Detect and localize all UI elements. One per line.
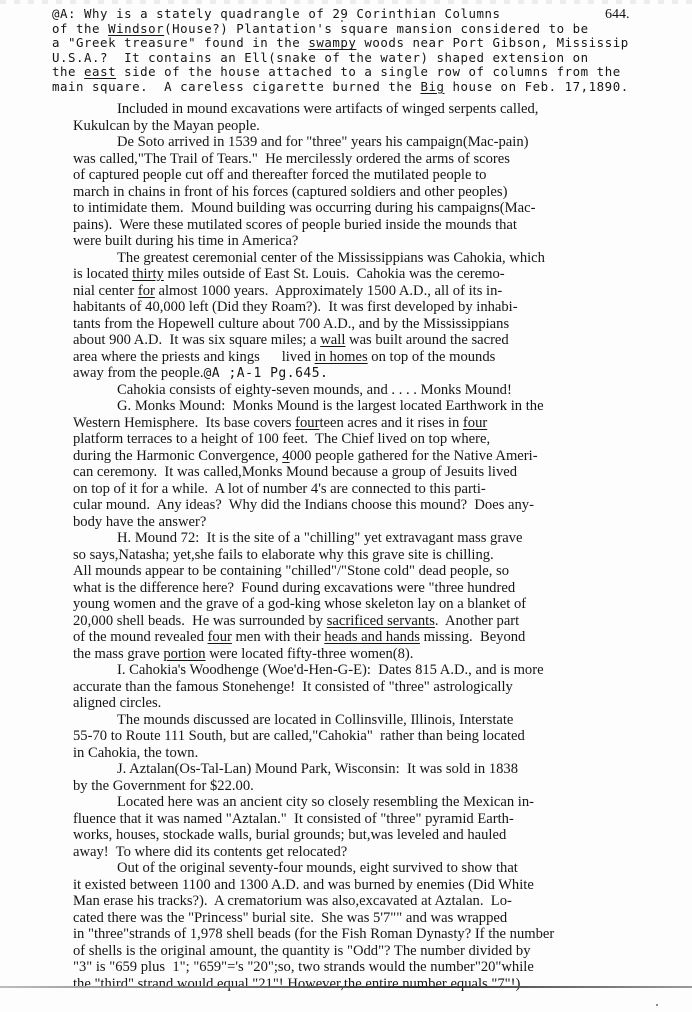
text-line: Kukulcan by the Mayan people. (73, 118, 678, 135)
text-line: habitants of 40,000 left (Did they Roam?… (73, 299, 678, 316)
text-line: fluence that it was named "Aztalan." It … (73, 811, 678, 828)
cross-reference: @A ;A-1 Pg.645. (203, 366, 328, 381)
underlined-text: thirty (132, 266, 164, 282)
text-line: area where the priests and kings lived i… (73, 349, 678, 366)
text-line: nial center for almost 1000 years. Appro… (73, 283, 678, 300)
text-line: of the Windsor(House?) Plantation's squa… (52, 22, 692, 37)
underlined-text: heads and hands (324, 629, 420, 645)
text-line: during the Harmonic Convergence, 4000 pe… (73, 448, 678, 465)
text-line: "3" is "659 plus 1"; "659"='s "20";so, t… (73, 959, 678, 976)
text-line: Out of the original seventy-four mounds,… (73, 860, 678, 877)
text-line: platform terraces to a height of 100 fee… (73, 431, 678, 448)
text-line: tants from the Hopewell culture about 70… (73, 316, 678, 333)
text-line: what is the difference here? Found durin… (73, 580, 678, 597)
header-paragraph: @A: Why is a stately quadrangle of 29 Co… (52, 7, 692, 95)
text-line: The mounds discussed are located in Coll… (73, 712, 678, 729)
text-line: of shells is the original amount, the qu… (73, 943, 678, 960)
underlined-text: four (295, 415, 319, 431)
body-text: Included in mound excavations were artif… (73, 101, 678, 992)
scan-edge (0, 0, 692, 4)
text-line: I. Cahokia's Woodhenge (Woe'd-Hen-G-E): … (73, 662, 678, 679)
text-line: H. Mound 72: It is the site of a "chilli… (73, 530, 678, 547)
text-line: young women and the grave of a god-king … (73, 596, 678, 613)
text-line: cated there was the "Princess" burial si… (73, 910, 678, 927)
text-line: 55-70 to Route 111 South, but are called… (73, 728, 678, 745)
underlined-text: east (84, 64, 116, 79)
text-line: aligned circles. (73, 695, 678, 712)
underlined-text: for (138, 283, 155, 299)
text-line: away from the people.@A ;A-1 Pg.645. (73, 365, 678, 382)
underlined-text: wall (320, 332, 345, 348)
text-line: so says,Natasha; yet,she fails to elabor… (73, 547, 678, 564)
text-line: Included in mound excavations were artif… (73, 101, 678, 118)
text-line: accurate than the famous Stonehenge! It … (73, 679, 678, 696)
text-line: of the mound revealed four men with thei… (73, 629, 678, 646)
text-line: U.S.A.? It contains an Ell(snake of the … (52, 51, 692, 66)
text-line: on top of it for a while. A lot of numbe… (73, 481, 678, 498)
text-line: main square. A careless cigarette burned… (52, 80, 692, 95)
text-line: body have the answer? (73, 514, 678, 531)
text-line: is located thirty miles outside of East … (73, 266, 678, 283)
scan-speck (656, 1004, 658, 1006)
text-line: were built during his time in America? (73, 233, 678, 250)
text-line: 20,000 shell beads. He was surrounded by… (73, 613, 678, 630)
text-line: the "third" strand would equal "21"! How… (73, 976, 678, 993)
text-line: about 900 A.D. It was six square miles; … (73, 332, 678, 349)
text-line: in "three"strands of 1,978 shell beads (… (73, 926, 678, 943)
text-line: Cahokia consists of eighty-seven mounds,… (73, 382, 678, 399)
document-page: 644. @A: Why is a stately quadrangle of … (0, 0, 692, 1012)
text-line: pains). Were these mutilated scores of p… (73, 217, 678, 234)
text-line: by the Government for $22.00. (73, 778, 678, 795)
text-line: of captured people cut off and thereafte… (73, 167, 678, 184)
underlined-text: Big (420, 79, 444, 94)
text-line: cular mound. Any ideas? Why did the Indi… (73, 497, 678, 514)
text-line: The greatest ceremonial center of the Mi… (73, 250, 678, 267)
text-line: Man erase his tracks?). A crematorium wa… (73, 893, 678, 910)
underlined-text: swampy (308, 35, 356, 50)
text-line: @A: Why is a stately quadrangle of 29 Co… (52, 7, 692, 22)
text-line: can ceremony. It was called,Monks Mound … (73, 464, 678, 481)
underlined-text: portion (163, 646, 205, 662)
text-line: De Soto arrived in 1539 and for "three" … (73, 134, 678, 151)
text-line: a "Greek treasure" found in the swampy w… (52, 36, 692, 51)
text-line: in Cahokia, the town. (73, 745, 678, 762)
text-line: march in chains in front of his forces (… (73, 184, 678, 201)
text-line: to intimidate them. Mound building was o… (73, 200, 678, 217)
text-line: works, houses, stockade walls, burial gr… (73, 827, 678, 844)
text-line: away! To where did its contents get relo… (73, 844, 678, 861)
underlined-text: four (463, 415, 487, 431)
text-line: was called,"The Trail of Tears." He merc… (73, 151, 678, 168)
underlined-text: in homes (315, 349, 368, 365)
underlined-text: four (208, 629, 232, 645)
text-line: the east side of the house attached to a… (52, 65, 692, 80)
scan-speck (341, 20, 343, 22)
text-line: G. Monks Mound: Monks Mound is the large… (73, 398, 678, 415)
underlined-text: 4 (282, 448, 289, 464)
text-line: J. Aztalan(Os-Tal-Lan) Mound Park, Wisco… (73, 761, 678, 778)
text-line: All mounds appear to be containing "chil… (73, 563, 678, 580)
underlined-text: sacrificed servants (327, 613, 435, 629)
bottom-rule (0, 986, 692, 988)
text-line: it existed between 1100 and 1300 A.D. an… (73, 877, 678, 894)
text-line: Located here was an ancient city so clos… (73, 794, 678, 811)
underlined-text: Windsor (108, 21, 164, 36)
text-line: Western Hemisphere. Its base covers four… (73, 415, 678, 432)
text-line: the mass grave portion were located fift… (73, 646, 678, 663)
